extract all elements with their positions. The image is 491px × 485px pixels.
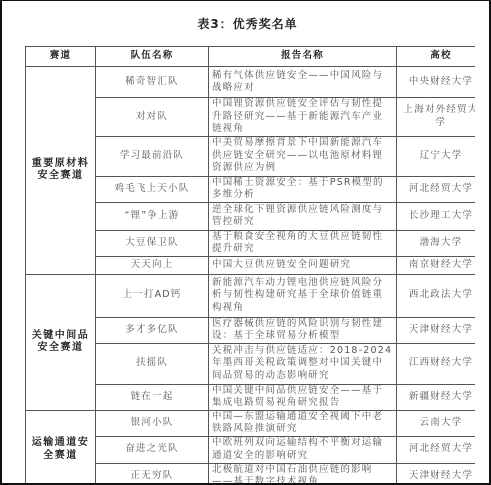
report-cell: 医疗器械供应链的风险识别与韧性建设：基于全球贸易分析模型 <box>209 317 397 343</box>
table-row: 关键中间品安全赛道上一打AD钙新能源汽车动力锂电池供应链风险分析与韧性构建研究基… <box>26 274 476 317</box>
team-cell: 学习最前沿队 <box>96 136 209 176</box>
school-cell: 河北经贸大学 <box>397 436 476 463</box>
table-row: 重要原材料安全赛道稀奇智汇队稀有气体供应链安全——中国风险与战略应对中央财经大学 <box>26 67 476 98</box>
team-cell: 扶摇队 <box>96 343 209 384</box>
team-cell: 奋进之光队 <box>96 436 209 463</box>
report-cell: 关税冲击与供应链适应：2018-2024年墨西哥关税政策调整对中国关键中间品贸易… <box>209 343 397 384</box>
report-cell: 中欧班列双向运输结构不平衡对运输通道安全的影响研究 <box>209 436 397 463</box>
report-cell: 新能源汽车动力锂电池供应链风险分析与韧性构建研究基于全球价值链重构视角 <box>209 274 397 317</box>
header-report: 报告名称 <box>209 47 397 67</box>
header-team: 队伍名称 <box>96 47 209 67</box>
track-cell: 运输通道安全赛道 <box>26 410 96 485</box>
team-cell: “锂”争上游 <box>96 202 209 230</box>
award-table-container: 赛道 队伍名称 报告名称 高校 重要原材料安全赛道稀奇智汇队稀有气体供应链安全—… <box>25 46 475 485</box>
table-header-row: 赛道 队伍名称 报告名称 高校 <box>26 47 476 67</box>
team-cell: 正无穷队 <box>96 463 209 485</box>
team-cell: 上一打AD钙 <box>96 274 209 317</box>
report-cell: 基于粮食安全视角的大豆供应链韧性提升研究 <box>209 230 397 256</box>
school-cell: 天津财经大学 <box>397 317 476 343</box>
track-cell: 关键中间品安全赛道 <box>26 274 96 410</box>
report-cell: 中国关键中间品供应链安全——基于集成电路贸易视角研究报告 <box>209 384 397 410</box>
school-cell: 西北政法大学 <box>397 274 476 317</box>
report-cell: 稀有气体供应链安全——中国风险与战略应对 <box>209 67 397 98</box>
report-cell: 中美贸易摩擦背景下中国新能源汽车供应链安全研究——以电池原材料锂资源供应为例 <box>209 136 397 176</box>
school-cell: 江西财经大学 <box>397 343 476 384</box>
school-cell: 上海对外经贸大学 <box>397 98 476 137</box>
team-cell: 稀奇智汇队 <box>96 67 209 98</box>
team-cell: 链在一起 <box>96 384 209 410</box>
team-cell: 银河小队 <box>96 410 209 436</box>
report-cell: 中国—东盟运输通道安全视阈下中老铁路风险推演研究 <box>209 410 397 436</box>
team-cell: 对对队 <box>96 98 209 137</box>
table-row: 运输通道安全赛道银河小队中国—东盟运输通道安全视阈下中老铁路风险推演研究云南大学 <box>26 410 476 436</box>
team-cell: 天天向上 <box>96 256 209 274</box>
report-cell: 北极航道对中国石油供应链的影响——基于数字技术视角 <box>209 463 397 485</box>
school-cell: 长沙理工大学 <box>397 202 476 230</box>
report-cell: 中国大豆供应链安全问题研究 <box>209 256 397 274</box>
school-cell: 中央财经大学 <box>397 67 476 98</box>
report-cell: 中国锂资源供应链安全评估与韧性提升路径研究——基于新能源汽车产业链视角 <box>209 98 397 137</box>
report-cell: 逆全球化下锂资源供应链风险测度与管控研究 <box>209 202 397 230</box>
report-cell: 中国稀土资源安全：基于PSR模型的多维分析 <box>209 176 397 202</box>
award-table: 赛道 队伍名称 报告名称 高校 重要原材料安全赛道稀奇智汇队稀有气体供应链安全—… <box>25 46 475 485</box>
school-cell: 天津财经大学 <box>397 463 476 485</box>
school-cell: 南京财经大学 <box>397 256 476 274</box>
team-cell: 大豆保卫队 <box>96 230 209 256</box>
table-title: 表3：优秀奖名单 <box>2 15 491 32</box>
school-cell: 渤海大学 <box>397 230 476 256</box>
school-cell: 新疆财经大学 <box>397 384 476 410</box>
track-cell: 重要原材料安全赛道 <box>26 67 96 275</box>
header-school: 高校 <box>397 47 476 67</box>
school-cell: 辽宁大学 <box>397 136 476 176</box>
team-cell: 多才多亿队 <box>96 317 209 343</box>
school-cell: 河北经贸大学 <box>397 176 476 202</box>
team-cell: 鸡毛飞上天小队 <box>96 176 209 202</box>
header-track: 赛道 <box>26 47 96 67</box>
school-cell: 云南大学 <box>397 410 476 436</box>
